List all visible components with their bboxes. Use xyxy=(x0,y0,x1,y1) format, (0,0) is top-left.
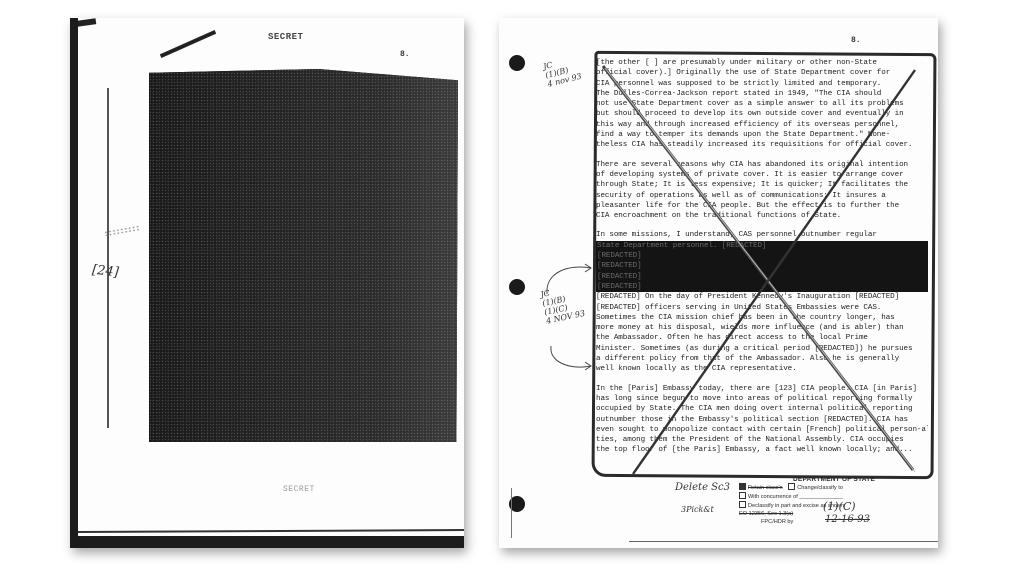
document-page-left: SECRET 8. [24] SECRET xyxy=(70,18,464,548)
text-line: occupied by State. The CIA men doing ove… xyxy=(596,404,928,414)
checkbox-icon xyxy=(788,483,795,490)
text-line: even sought to monopolize contact with c… xyxy=(596,425,928,435)
margin-line xyxy=(107,88,109,428)
page-number: 8. xyxy=(851,36,861,45)
text-line: of developing systems of private cover. … xyxy=(596,170,928,180)
punch-hole xyxy=(509,279,525,295)
redacted-line: [REDACTED] xyxy=(596,251,928,261)
redaction-block xyxy=(149,69,458,442)
punch-hole xyxy=(509,55,525,71)
stamp-date: 12-16-93 xyxy=(825,514,870,525)
text-line: find a way to temper its demands upon th… xyxy=(596,130,928,140)
paragraph-1: [the other [ ] are presumably under mili… xyxy=(596,58,928,151)
classification-marking-bottom: SECRET xyxy=(283,485,315,494)
text-line: the top floor of [the Paris] Embassy, a … xyxy=(596,445,928,455)
text-line: the Ambassador. Often he has direct acce… xyxy=(596,333,928,343)
checkbox-icon xyxy=(739,501,746,508)
classification-marking-top: SECRET xyxy=(268,32,303,42)
scan-edge-line xyxy=(629,541,938,542)
scan-edge-line xyxy=(78,529,464,533)
stamp-handwriting: Delete Sc3 xyxy=(675,482,730,493)
text-line: In the [Paris] Embassy today, there are … xyxy=(596,384,928,394)
checkbox-icon xyxy=(739,483,746,490)
text-line: a different policy from that of the Amba… xyxy=(596,354,928,364)
stamp-option: Retain class'n xyxy=(748,485,783,491)
typed-body-text: [the other [ ] are presumably under mili… xyxy=(596,58,928,465)
text-line: [the other [ ] are presumably under mili… xyxy=(596,58,928,68)
redacted-line: [REDACTED] xyxy=(596,261,928,271)
text-line: this way and through increased efficienc… xyxy=(596,120,928,130)
text-line: security of operations as well as of com… xyxy=(596,191,928,201)
paragraph-3: In some missions, I understand, CAS pers… xyxy=(596,230,928,374)
paragraph-4: In the [Paris] Embassy today, there are … xyxy=(596,384,928,456)
document-page-right: 8. JC (1)(B) 4 nov 93 JC (1)(B) (1)(C) 4… xyxy=(499,18,938,548)
redacted-line: [REDACTED] xyxy=(596,282,928,292)
stamp-handwriting: 3Pick&t xyxy=(681,505,714,514)
redacted-line: [REDACTED] xyxy=(596,272,928,282)
text-line: but should proceed to develop its own ou… xyxy=(596,109,928,119)
text-line: more money at his disposal, wields more … xyxy=(596,323,928,333)
text-line: Minister. Sometimes (as during a critica… xyxy=(596,344,928,354)
text-line: official cover).] Originally the use of … xyxy=(596,68,928,78)
scan-artifact xyxy=(160,30,216,58)
text-line: CIA personnel was supposed to be strictl… xyxy=(596,79,928,89)
text-line: has long since begun to move into areas … xyxy=(596,394,928,404)
text-line: ties, among them the President of the Na… xyxy=(596,435,928,445)
stamp-option: Change/classify to xyxy=(797,485,843,491)
text-line: [REDACTED] officers serving in United St… xyxy=(596,303,928,313)
text-line: There are several reasons why CIA has ab… xyxy=(596,160,928,170)
text-line: theless CIA has steadily increased its r… xyxy=(596,140,928,150)
text-line: In some missions, I understand, CAS pers… xyxy=(596,230,928,240)
scan-edge-line xyxy=(511,488,512,538)
text-line: CIA encroachment on the traditional func… xyxy=(596,211,928,221)
stamp-title: DEPARTMENT OF STATE xyxy=(739,476,929,483)
text-line: The Dulles-Correa-Jackson report stated … xyxy=(596,89,928,99)
text-line: [REDACTED] On the day of President Kenne… xyxy=(596,292,928,302)
text-line: well known locally as the CIA representa… xyxy=(596,364,928,374)
text-line: pleasanter life for the CIA people. But … xyxy=(596,201,928,211)
text-line: through State; It is less expensive; It … xyxy=(596,180,928,190)
text-line: Sometimes the CIA mission chief has been… xyxy=(596,313,928,323)
scan-artifact xyxy=(104,225,140,237)
margin-annotation-top: JC (1)(B) 4 nov 93 xyxy=(542,54,582,89)
text-line: not use State Department cover as a simp… xyxy=(596,99,928,109)
stamp-handwriting: (1)(C) xyxy=(823,500,856,513)
scan-edge xyxy=(70,536,464,548)
margin-annotation: [24] xyxy=(91,263,119,281)
text-line: outnumber those in the Embassy's politic… xyxy=(596,415,928,425)
paragraph-2: There are several reasons why CIA has ab… xyxy=(596,160,928,222)
page-number: 8. xyxy=(400,50,410,59)
checkbox-icon xyxy=(739,492,746,499)
stamp-row: Retain class'n Change/classify to xyxy=(739,483,929,492)
redacted-line: State Department personnel. [REDACTED] xyxy=(596,241,928,251)
scan-edge xyxy=(70,18,78,548)
